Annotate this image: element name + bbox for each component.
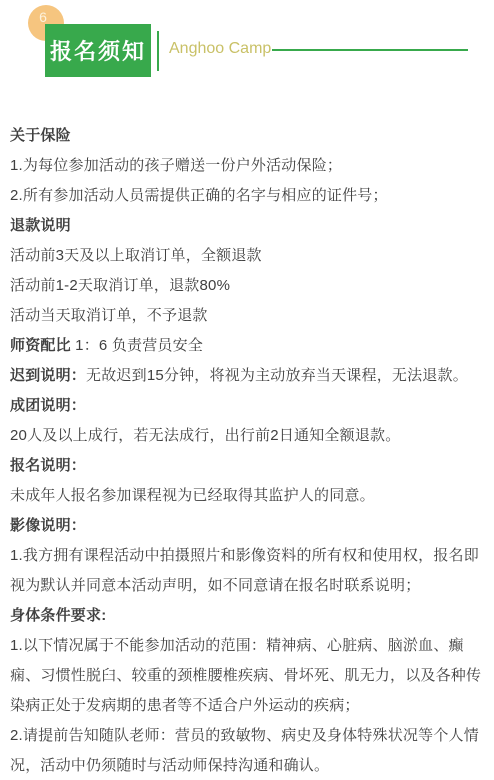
section-title-box: 报名须知 <box>45 24 151 77</box>
camp-subtitle: Anghoo Camp <box>169 40 271 58</box>
notice-line: 活动前3天及以上取消订单，全额退款 <box>10 241 486 271</box>
notice-line: 20人及以上成行，若无法成行，出行前2日通知全额退款。 <box>10 421 486 451</box>
notice-line: 1.我方拥有课程活动中拍摄照片和影像资料的所有权和使用权，报名即 <box>10 541 486 571</box>
notice-text: 视为默认并同意本活动声明，如不同意请在报名时联系说明； <box>10 577 420 594</box>
notice-text: 染病正处于发病期的患者等不适合户外运动的疾病； <box>10 697 360 714</box>
notice-heading-text: 影像说明： <box>10 517 86 534</box>
notice-line: 关于保险 <box>10 121 486 151</box>
notice-heading-text: 退款说明 <box>10 217 71 234</box>
notice-text: 况，活动中仍须随时与活动师保持沟通和确认。 <box>10 757 329 774</box>
notice-line: 身体条件要求: <box>10 601 486 631</box>
notice-text: 2.请提前告知随队老师：营员的致敏物、病史及身体特殊状况等个人情 <box>10 727 479 744</box>
notice-line: 活动当天取消订单，不予退款 <box>10 301 486 331</box>
notice-text: 痫、习惯性脱臼、较重的颈椎腰椎疾病、骨坏死、肌无力，以及各种传 <box>10 667 481 684</box>
notice-line: 未成年人报名参加课程视为已经取得其监护人的同意。 <box>10 481 486 511</box>
notice-text: 活动前3天及以上取消订单，全额退款 <box>10 247 262 264</box>
horizontal-divider <box>272 49 468 51</box>
notice-line: 2.请提前告知随队老师：营员的致敏物、病史及身体特殊状况等个人情 <box>10 721 486 751</box>
notice-text: 2.所有参加活动人员需提供正确的名字与相应的证件号； <box>10 187 388 204</box>
notice-line: 1.为每位参加活动的孩子赠送一份户外活动保险； <box>10 151 486 181</box>
notice-text: 1.为每位参加活动的孩子赠送一份户外活动保险； <box>10 157 342 174</box>
notice-line: 成团说明： <box>10 391 486 421</box>
notice-line: 1.以下情况属于不能参加活动的范围：精神病、心脏病、脑淤血、癫 <box>10 631 486 661</box>
notice-line: 视为默认并同意本活动声明，如不同意请在报名时联系说明； <box>10 571 486 601</box>
notice-heading-text: 关于保险 <box>10 127 71 144</box>
notice-line: 痫、习惯性脱臼、较重的颈椎腰椎疾病、骨坏死、肌无力，以及各种传 <box>10 661 486 691</box>
notice-heading-text: 报名说明： <box>10 457 86 474</box>
notice-heading-text: 身体条件要求: <box>10 607 106 624</box>
notice-line: 退款说明 <box>10 211 486 241</box>
notice-heading-text: 迟到说明： <box>10 367 86 384</box>
notice-line: 2.所有参加活动人员需提供正确的名字与相应的证件号； <box>10 181 486 211</box>
notice-text: 活动当天取消订单，不予退款 <box>10 307 208 324</box>
notice-page: 6 报名须知 Anghoo Camp 关于保险1.为每位参加活动的孩子赠送一份户… <box>0 0 494 780</box>
vertical-divider <box>157 31 159 71</box>
notice-text: 未成年人报名参加课程视为已经取得其监护人的同意。 <box>10 487 375 504</box>
notice-text: 1.以下情况属于不能参加活动的范围：精神病、心脏病、脑淤血、癫 <box>10 637 464 654</box>
notice-text: 无故迟到15分钟，将视为主动放弃当天课程，无法退款。 <box>86 367 468 384</box>
notice-line: 迟到说明：无故迟到15分钟，将视为主动放弃当天课程，无法退款。 <box>10 361 486 391</box>
notice-heading-text: 成团说明： <box>10 397 86 414</box>
notice-body: 关于保险1.为每位参加活动的孩子赠送一份户外活动保险；2.所有参加活动人员需提供… <box>10 121 486 780</box>
notice-line: 师资配比 1：6 负责营员安全 <box>10 331 486 361</box>
notice-text: 1.我方拥有课程活动中拍摄照片和影像资料的所有权和使用权，报名即 <box>10 547 479 564</box>
notice-text: 活动前1-2天取消订单，退款80% <box>10 277 230 294</box>
notice-heading-text: 师资配比 <box>10 337 71 354</box>
notice-line: 染病正处于发病期的患者等不适合户外运动的疾病； <box>10 691 486 721</box>
notice-line: 报名说明： <box>10 451 486 481</box>
notice-text: 1：6 负责营员安全 <box>71 337 203 354</box>
notice-line: 影像说明： <box>10 511 486 541</box>
page-title: 报名须知 <box>50 35 146 66</box>
notice-line: 活动前1-2天取消订单，退款80% <box>10 271 486 301</box>
notice-line: 况，活动中仍须随时与活动师保持沟通和确认。 <box>10 751 486 780</box>
notice-text: 20人及以上成行，若无法成行，出行前2日通知全额退款。 <box>10 427 400 444</box>
